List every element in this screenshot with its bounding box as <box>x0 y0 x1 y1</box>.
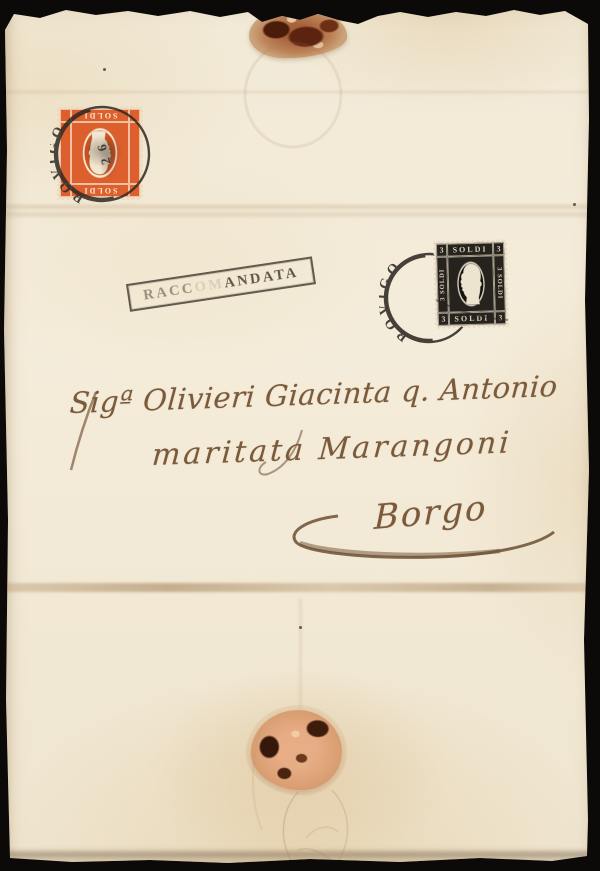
letter-cover: SOLDI SOLDI <box>0 0 600 871</box>
red-stamp-corner <box>60 109 71 122</box>
seal-ghost-ring <box>245 43 341 147</box>
address-line-3: Borgo <box>374 488 488 538</box>
svg-text:ROVIGO: ROVIGO <box>379 257 412 346</box>
fold-crease-top <box>0 90 600 94</box>
red-stamp: SOLDI SOLDI <box>57 106 143 200</box>
handstamp-text: RACC <box>142 280 196 304</box>
wax-seal-bottom <box>249 708 344 793</box>
emperor-profile-icon <box>455 261 486 308</box>
red-stamp-inscription-bottom: SOLDI <box>71 109 129 122</box>
black-stamp-inscription-bottom: SOLDI <box>449 311 495 325</box>
black-stamp: 3 SOLDI 3 3 SOLDI 3 SOLDI 3 SOLDI 3 <box>433 239 509 329</box>
black-stamp-corner: 3 <box>493 242 504 255</box>
black-stamp-portrait <box>447 255 494 312</box>
fold-crease-upper <box>0 203 600 219</box>
black-stamp-corner: 3 <box>436 244 447 257</box>
black-stamp-corner: 3 <box>495 311 506 324</box>
address-line-1: Sigª Olivieri Giacinta q. Antonio <box>69 369 559 420</box>
handstamp-text: ANDATA <box>223 264 300 292</box>
fold-crease-lower <box>0 583 600 592</box>
red-stamp-portrait <box>71 122 129 184</box>
black-stamp-side-right: 3 SOLDI <box>493 255 505 311</box>
photo-background: SOLDI SOLDI <box>0 0 600 871</box>
bottom-edge-shadow <box>0 851 600 858</box>
red-stamp-corner <box>60 184 71 197</box>
seal-ghost-crease <box>283 792 298 862</box>
paper-speck <box>103 68 106 71</box>
seal-ghost-crease <box>306 827 338 838</box>
address-line-2: maritata Marangoni <box>151 425 513 473</box>
emperor-profile-icon <box>84 129 116 177</box>
red-stamp-corner <box>129 184 140 197</box>
red-stamp-corner <box>129 109 140 122</box>
black-stamp-corner: 3 <box>438 313 449 326</box>
seal-ghost-crease <box>298 790 348 864</box>
underline-flourish-weight <box>300 543 500 555</box>
red-stamp-side-left <box>129 122 140 184</box>
handstamp-text: OM <box>194 275 226 296</box>
black-stamp-inscription-top: SOLDI <box>447 242 493 256</box>
paper-speck <box>299 626 302 629</box>
wax-seal-top <box>248 6 348 59</box>
registration-handstamp: RACCOMANDATA <box>126 256 316 311</box>
red-stamp-design: SOLDI SOLDI <box>60 109 140 197</box>
red-stamp-side-right <box>60 122 71 184</box>
postmark-town-text: ROVIGO <box>379 257 412 346</box>
red-stamp-inscription-top: SOLDI <box>71 184 129 197</box>
paper-speck <box>573 203 576 206</box>
